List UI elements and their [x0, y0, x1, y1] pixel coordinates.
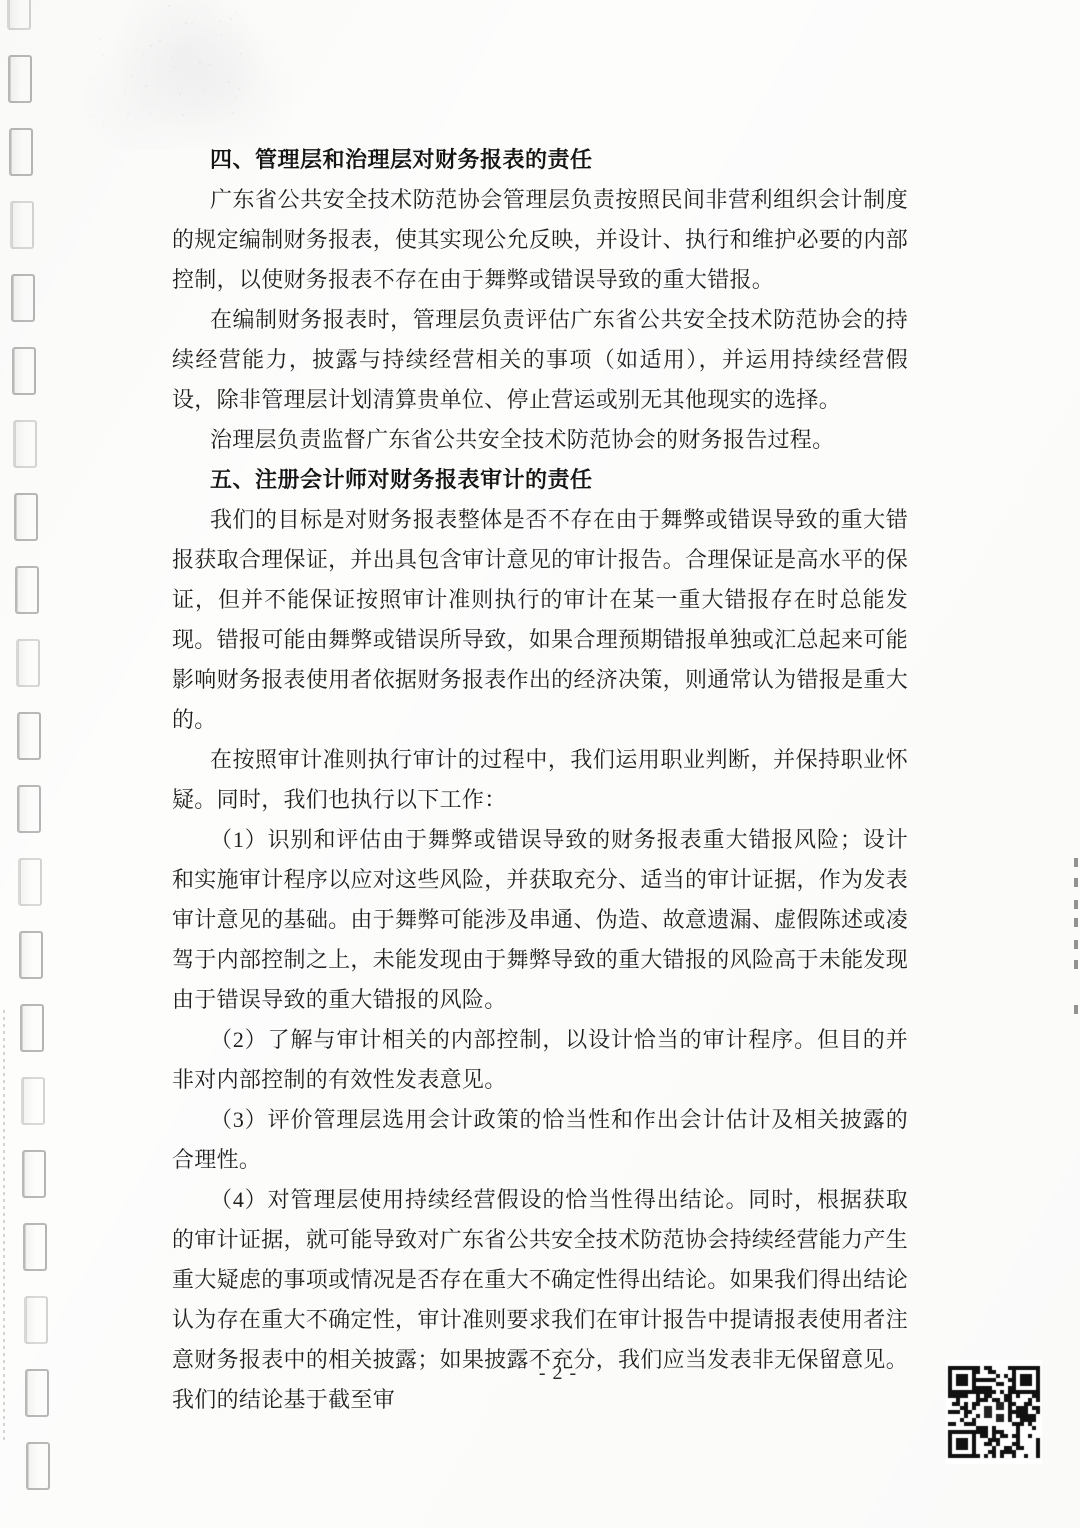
binding-hole [12, 347, 36, 395]
binding-hole [7, 0, 31, 30]
binding-hole [14, 493, 38, 541]
binding-hole [17, 712, 41, 760]
page-number: - 2 - [190, 1362, 926, 1385]
document-body: 四、管理层和治理层对财务报表的责任广东省公共安全技术防范协会管理层负责按照民间非… [172, 140, 908, 1420]
edge-artifact [1074, 918, 1078, 927]
page-edge-line [3, 1010, 5, 1440]
binding-hole [10, 201, 34, 249]
body-paragraph: （2）了解与审计相关的内部控制，以设计恰当的审计程序。但目的并非对内部控制的有效… [172, 1020, 908, 1100]
edge-artifact [1074, 878, 1078, 887]
body-paragraph: 我们的目标是对财务报表整体是否不存在由于舞弊或错误导致的重大错报获取合理保证，并… [172, 500, 908, 740]
binding-hole [8, 55, 32, 103]
body-paragraph: （1）识别和评估由于舞弊或错误导致的财务报表重大错报风险；设计和实施审计程序以应… [172, 820, 908, 1020]
faded-stamp-smudge [70, 0, 330, 150]
body-paragraph: 广东省公共安全技术防范协会管理层负责按照民间非营利组织会计制度的规定编制财务报表… [172, 180, 908, 300]
binding-hole [18, 858, 42, 906]
edge-artifact [1074, 858, 1078, 867]
binding-hole [25, 1369, 49, 1417]
binding-hole [21, 1077, 45, 1125]
section-heading: 五、注册会计师对财务报表审计的责任 [172, 460, 908, 500]
section-heading: 四、管理层和治理层对财务报表的责任 [172, 140, 908, 180]
body-paragraph: （3）评价管理层选用会计政策的恰当性和作出会计估计及相关披露的合理性。 [172, 1100, 908, 1180]
scanned-document-page: 四、管理层和治理层对财务报表的责任广东省公共安全技术防范协会管理层负责按照民间非… [0, 0, 1080, 1528]
body-paragraph: 在按照审计准则执行审计的过程中，我们运用职业判断，并保持职业怀疑。同时，我们也执… [172, 740, 908, 820]
binding-hole [13, 420, 37, 468]
binding-hole [16, 639, 40, 687]
binding-hole [17, 785, 41, 833]
edge-artifact [1074, 960, 1078, 969]
binding-hole [9, 128, 33, 176]
binding-hole [11, 274, 35, 322]
body-paragraph: 治理层负责监督广东省公共安全技术防范协会的财务报告过程。 [172, 420, 908, 460]
body-paragraph: 在编制财务报表时，管理层负责评估广东省公共安全技术防范协会的持续经营能力，披露与… [172, 300, 908, 420]
binding-hole [15, 566, 39, 614]
binding-hole [26, 1442, 50, 1490]
edge-artifact [1074, 900, 1078, 909]
binding-hole [24, 1296, 48, 1344]
edge-artifact [1074, 1005, 1078, 1014]
edge-artifact [1074, 940, 1078, 949]
binding-hole [22, 1150, 46, 1198]
verification-qr-code-icon [946, 1360, 1042, 1464]
binding-hole [23, 1223, 47, 1271]
binding-hole [20, 1004, 44, 1052]
binding-hole [19, 931, 43, 979]
